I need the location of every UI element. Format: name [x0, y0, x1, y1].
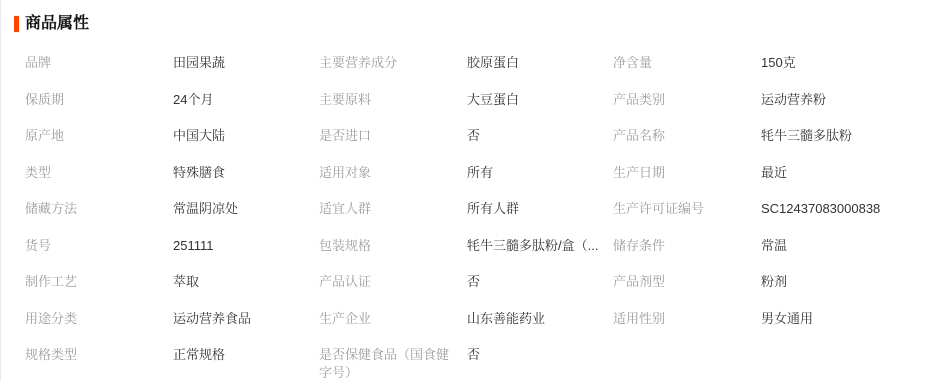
attribute-value: 男女通用 [761, 310, 907, 328]
attribute-cell: 产品名称 牦牛三髓多肽粉 [613, 118, 907, 155]
attribute-value: 山东善能药业 [467, 310, 613, 328]
attribute-value: 田园果蔬 [173, 54, 319, 72]
attribute-cell: 主要原料 大豆蛋白 [319, 82, 613, 119]
attribute-value: SC12437083000838 [761, 200, 907, 218]
attribute-value: 中国大陆 [173, 127, 319, 145]
attribute-label: 规格类型 [25, 346, 173, 364]
attribute-label: 包装规格 [319, 237, 467, 255]
attribute-label: 保质期 [25, 91, 173, 109]
attribute-cell: 净含量 150克 [613, 45, 907, 82]
attribute-label: 储藏方法 [25, 200, 173, 218]
attribute-cell: 适用对象 所有 [319, 155, 613, 192]
attribute-value: 萃取 [173, 273, 319, 291]
attribute-cell: 品牌 田园果蔬 [25, 45, 319, 82]
attribute-label: 产品剂型 [613, 273, 761, 291]
attribute-label: 储存条件 [613, 237, 761, 255]
attribute-value: 常温 [761, 237, 907, 255]
attribute-label: 原产地 [25, 127, 173, 145]
attribute-value: 运动营养食品 [173, 310, 319, 328]
attribute-label: 产品名称 [613, 127, 761, 145]
attribute-label: 用途分类 [25, 310, 173, 328]
attribute-cell: 储存条件 常温 [613, 228, 907, 265]
attribute-cell: 保质期 24个月 [25, 82, 319, 119]
attribute-value: 所有人群 [467, 200, 613, 218]
attribute-value: 粉剂 [761, 273, 907, 291]
attribute-value: 否 [467, 346, 613, 364]
attribute-label: 主要原料 [319, 91, 467, 109]
attribute-cell: 规格类型 正常规格 [25, 337, 319, 381]
attribute-value: 150克 [761, 54, 907, 72]
attribute-cell: 储藏方法 常温阴凉处 [25, 191, 319, 228]
attribute-value: 251111 [173, 237, 319, 255]
attribute-value: 运动营养粉 [761, 91, 907, 109]
attribute-label: 生产许可证编号 [613, 200, 761, 218]
section-header: 商品属性 [1, 0, 925, 34]
attribute-label: 主要营养成分 [319, 54, 467, 72]
attribute-cell: 是否进口 否 [319, 118, 613, 155]
attribute-cell: 产品类别 运动营养粉 [613, 82, 907, 119]
attribute-value: 正常规格 [173, 346, 319, 364]
attribute-label: 适用对象 [319, 164, 467, 182]
attribute-label: 适宜人群 [319, 200, 467, 218]
attribute-value: 牦牛三髓多肽粉/盒（... [467, 237, 613, 255]
attribute-cell: 是否保健食品（国食健字号） 否 [319, 337, 613, 381]
attribute-cell: 生产许可证编号 SC12437083000838 [613, 191, 907, 228]
attribute-cell: 适宜人群 所有人群 [319, 191, 613, 228]
attribute-cell: 主要营养成分 胶原蛋白 [319, 45, 613, 82]
attribute-label: 生产企业 [319, 310, 467, 328]
attribute-label: 是否进口 [319, 127, 467, 145]
attribute-label: 品牌 [25, 54, 173, 72]
attribute-cell: 类型 特殊膳食 [25, 155, 319, 192]
attribute-value: 24个月 [173, 91, 319, 109]
attribute-value: 最近 [761, 164, 907, 182]
section-title: 商品属性 [25, 14, 89, 34]
accent-bar [14, 16, 19, 32]
attribute-cell: 用途分类 运动营养食品 [25, 301, 319, 338]
attribute-cell: 货号 251111 [25, 228, 319, 265]
attribute-label: 生产日期 [613, 164, 761, 182]
attribute-label: 产品类别 [613, 91, 761, 109]
attribute-value: 否 [467, 273, 613, 291]
attribute-label: 制作工艺 [25, 273, 173, 291]
attribute-label: 货号 [25, 237, 173, 255]
attribute-cell: 生产企业 山东善能药业 [319, 301, 613, 338]
attribute-value: 否 [467, 127, 613, 145]
product-attributes-section: 商品属性 品牌 田园果蔬 主要营养成分 胶原蛋白 净含量 150克 保质期 24… [0, 0, 925, 381]
attribute-cell: 生产日期 最近 [613, 155, 907, 192]
attribute-value: 大豆蛋白 [467, 91, 613, 109]
attribute-cell: 包装规格 牦牛三髓多肽粉/盒（... [319, 228, 613, 265]
attribute-label: 净含量 [613, 54, 761, 72]
attribute-cell: 原产地 中国大陆 [25, 118, 319, 155]
attribute-value: 胶原蛋白 [467, 54, 613, 72]
attribute-value: 牦牛三髓多肽粉 [761, 127, 907, 145]
attribute-label: 是否保健食品（国食健字号） [319, 346, 467, 381]
attribute-label: 适用性别 [613, 310, 761, 328]
attribute-value: 常温阴凉处 [173, 200, 319, 218]
attribute-label: 类型 [25, 164, 173, 182]
attributes-grid: 品牌 田园果蔬 主要营养成分 胶原蛋白 净含量 150克 保质期 24个月 主要… [25, 45, 925, 381]
attribute-cell: 产品认证 否 [319, 264, 613, 301]
attribute-cell: 制作工艺 萃取 [25, 264, 319, 301]
attribute-label: 产品认证 [319, 273, 467, 291]
attribute-value: 特殊膳食 [173, 164, 319, 182]
attribute-cell: 适用性别 男女通用 [613, 301, 907, 338]
attribute-cell: 产品剂型 粉剂 [613, 264, 907, 301]
attribute-value: 所有 [467, 164, 613, 182]
